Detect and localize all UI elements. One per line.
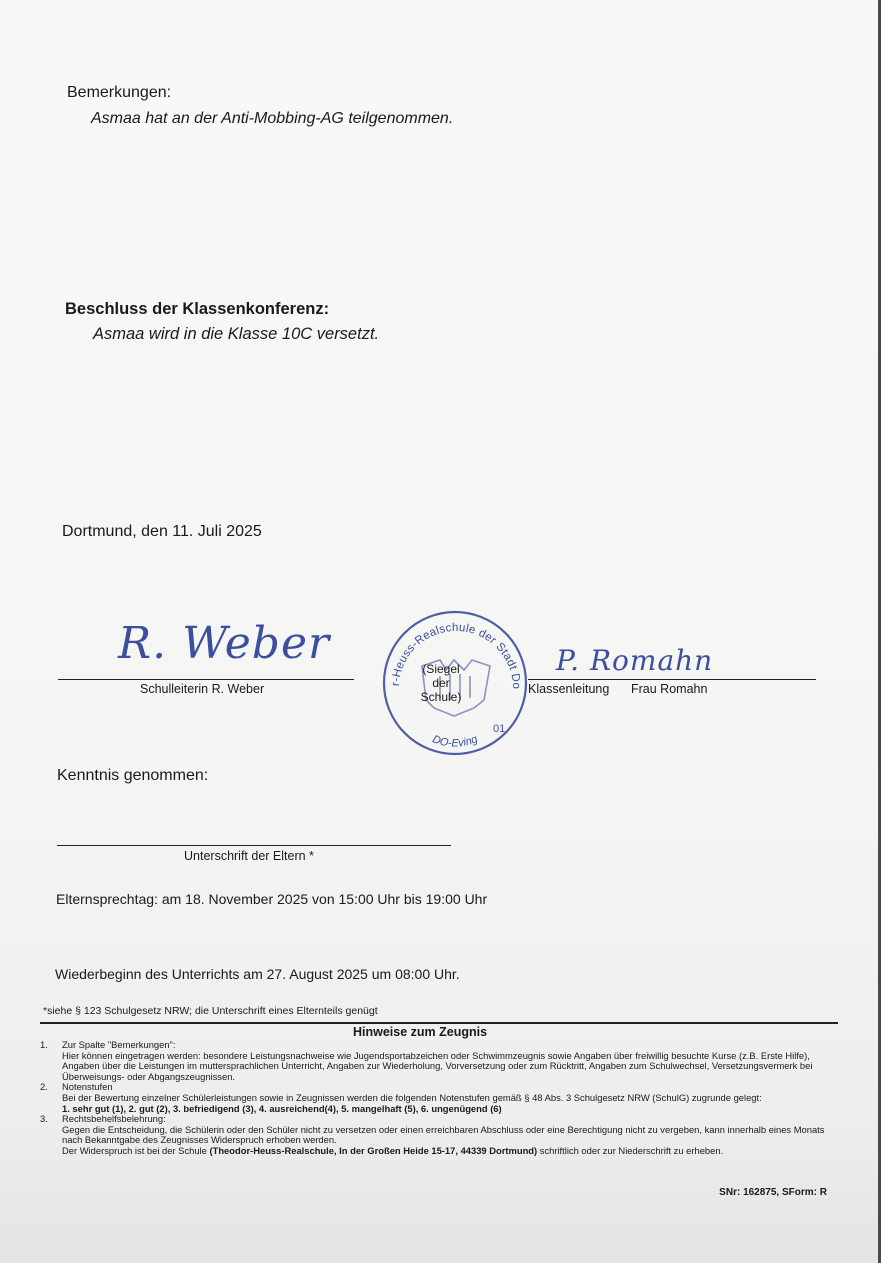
footnote: *siehe § 123 Schulgesetz NRW; die Unters…	[43, 1005, 378, 1017]
teacher-signature-line	[528, 679, 816, 680]
seal-placeholder-text: (Siegel der Schule)	[416, 662, 466, 704]
hinweis-item-3: 3. Rechtsbehelfsbelehrung: Gegen die Ent…	[38, 1114, 838, 1156]
place-date: Dortmund, den 11. Juli 2025	[62, 523, 262, 541]
hinweis-item-2: 2. Notenstufen Bei der Bewertung einzeln…	[38, 1082, 838, 1114]
parents-signature-line[interactable]	[57, 845, 451, 846]
remarks-text: Asmaa hat an der Anti-Mobbing-AG teilgen…	[91, 110, 453, 128]
hinweise-list: 1. Zur Spalte "Bemerkungen": Hier können…	[38, 1040, 838, 1157]
parents-signature-caption: Unterschrift der Eltern *	[184, 849, 314, 863]
teacher-caption-role: Klassenleitung	[528, 682, 609, 696]
parents-day-info: Elternsprechtag: am 18. November 2025 vo…	[56, 891, 487, 907]
principal-handwritten-signature: R. Weber	[118, 618, 330, 669]
remarks-label: Bemerkungen:	[67, 84, 171, 102]
school-restart-info: Wiederbeginn des Unterrichts am 27. Augu…	[55, 966, 460, 982]
acknowledged-label: Kenntnis genommen:	[57, 767, 208, 785]
teacher-handwritten-signature: P. Romahn	[556, 644, 713, 677]
svg-text:DO-Eving: DO-Eving	[431, 733, 480, 750]
hinweise-title: Hinweise zum Zeugnis	[0, 1025, 840, 1039]
svg-text:01: 01	[493, 723, 505, 735]
hinweis-item-1: 1. Zur Spalte "Bemerkungen": Hier können…	[38, 1040, 838, 1082]
principal-signature-line	[58, 679, 354, 680]
decision-label: Beschluss der Klassenkonferenz:	[65, 300, 329, 319]
teacher-caption-name: Frau Romahn	[631, 682, 707, 696]
principal-caption: Schulleiterin R. Weber	[140, 682, 264, 696]
divider-line	[40, 1022, 838, 1024]
school-id: SNr: 162875, SForm: R	[719, 1187, 827, 1198]
decision-text: Asmaa wird in die Klasse 10C versetzt.	[93, 325, 379, 344]
